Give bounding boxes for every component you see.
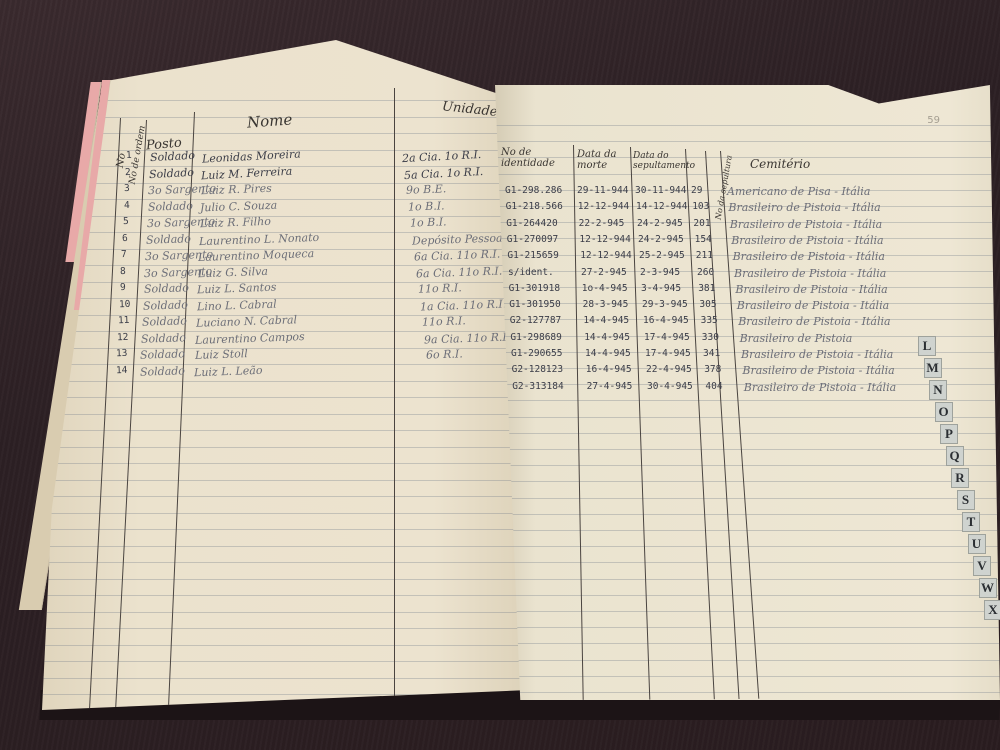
row-sepultura: 381 xyxy=(698,283,715,294)
row-posto: Soldado xyxy=(140,347,185,362)
row-unidade: 6o R.I. xyxy=(426,347,463,361)
row-unidade: 6a Cia. 11o R.I. xyxy=(416,264,503,280)
header-identidade: No de identidade xyxy=(501,147,571,169)
row-number: 1 xyxy=(126,150,132,161)
row-identidade: G2-128123 xyxy=(512,364,563,375)
ruled-line xyxy=(495,643,1000,644)
row-cemiterio: Brasileiro de Pistoia - Itália xyxy=(735,283,887,296)
row-posto: Soldado xyxy=(141,331,186,346)
ruled-line xyxy=(42,463,532,464)
row-unidade: 1o B.I. xyxy=(410,215,447,229)
row-number: 2 xyxy=(125,166,131,177)
row-unidade: 1a Cia. 11o R.I. xyxy=(420,297,507,313)
row-sepultura: 260 xyxy=(697,267,714,278)
row-cemiterio: Brasileiro de Pistoia - Itália xyxy=(738,315,890,328)
row-sepultura: 305 xyxy=(699,299,716,310)
row-nome: Luiz R. Filho xyxy=(199,215,270,230)
row-data-morte: 27-2-945 xyxy=(581,267,627,278)
row-posto: Soldado xyxy=(143,281,188,296)
row-nome: Luiz L. Leão xyxy=(194,363,263,378)
ruled-line xyxy=(42,579,532,580)
ruled-line xyxy=(495,125,1000,126)
row-number: 12 xyxy=(117,331,129,342)
row-number: 10 xyxy=(119,298,131,309)
header-data-sepultamento: Data do sepultamento xyxy=(633,151,685,171)
index-tab-q[interactable]: Q xyxy=(946,446,964,466)
row-identidade: G1-290655 xyxy=(511,348,562,359)
column-divider xyxy=(394,88,395,710)
row-sepultura: 378 xyxy=(704,364,721,375)
row-data-morte: 27-4-945 xyxy=(587,381,633,392)
ruled-line xyxy=(42,397,532,398)
row-number: 11 xyxy=(118,315,130,326)
column-divider xyxy=(115,120,147,709)
row-data-morte: 29-11-944 xyxy=(577,185,628,196)
row-unidade: 11o R.I. xyxy=(418,281,462,296)
row-cemiterio: Brasileiro de Pistoia - Itália xyxy=(734,267,886,280)
header-cemiterio: Cemitério xyxy=(750,157,810,171)
row-number: 7 xyxy=(121,249,127,260)
row-nome: Luiz R. Pires xyxy=(201,182,272,197)
ruled-line xyxy=(42,678,532,679)
row-identidade: G1-298.286 xyxy=(505,185,562,196)
ruled-line xyxy=(42,430,532,431)
row-data-morte: 12-12-944 xyxy=(580,250,631,261)
row-identidade: G1-270097 xyxy=(507,234,558,245)
row-data-morte: 1o-4-945 xyxy=(582,283,628,294)
index-tab-l[interactable]: L xyxy=(918,336,936,356)
row-identidade: G1-264420 xyxy=(506,218,557,229)
row-data-sepultamento: 30-4-945 xyxy=(647,381,693,392)
ruled-line xyxy=(495,660,1000,661)
row-number: 13 xyxy=(116,348,128,359)
row-number: 14 xyxy=(115,364,127,375)
index-tab-u[interactable]: U xyxy=(968,534,986,554)
row-number: 6 xyxy=(122,232,128,243)
row-data-morte: 28-3-945 xyxy=(583,299,629,310)
row-nome: Lino L. Cabral xyxy=(196,297,276,313)
ruled-line xyxy=(495,141,1000,142)
row-unidade: 11o R.I. xyxy=(422,314,466,329)
ruled-line xyxy=(495,417,1000,418)
row-identidade: G1-301918 xyxy=(509,283,560,294)
row-posto: Soldado xyxy=(139,364,184,379)
index-tab-w[interactable]: W xyxy=(979,578,997,598)
row-data-sepultamento: 25-2-945 xyxy=(639,250,685,261)
row-sepultura: 341 xyxy=(703,348,720,359)
ruled-line xyxy=(42,546,532,547)
row-sepultura: 29 xyxy=(691,185,702,196)
ruled-line xyxy=(495,498,1000,499)
row-nome: Luiz G. Silva xyxy=(198,264,268,279)
row-sepultura: 211 xyxy=(696,250,713,261)
row-nome: Luiz L. Santos xyxy=(197,281,277,297)
row-unidade: 9o B.E. xyxy=(406,182,447,196)
row-posto: Soldado xyxy=(149,165,195,180)
row-nome: Luiz Stoll xyxy=(195,347,248,362)
row-nome: Julio C. Souza xyxy=(200,198,278,214)
row-data-sepultamento: 17-4-945 xyxy=(644,332,690,343)
row-sepultura: 154 xyxy=(695,234,712,245)
row-data-morte: 12-12-944 xyxy=(578,201,629,212)
ruled-line xyxy=(42,595,532,596)
row-data-morte: 12-12-944 xyxy=(579,234,630,245)
ruled-line xyxy=(495,627,1000,628)
ruled-line xyxy=(495,465,1000,466)
row-identidade: G2-313184 xyxy=(512,381,563,392)
row-cemiterio: Americano de Pisa - Itália xyxy=(727,185,870,198)
row-cemiterio: Brasileiro de Pistoia - Itália xyxy=(731,234,883,247)
row-number: 8 xyxy=(120,265,126,276)
ledger-book: No No de ordem Posto Nome Unidade 1Solda… xyxy=(0,0,1000,750)
row-posto: Soldado xyxy=(146,232,191,247)
row-data-sepultamento: 30-11-944 xyxy=(635,185,686,196)
row-number: 3 xyxy=(124,183,130,194)
row-cemiterio: Brasileiro de Pistoia - Itália xyxy=(730,218,882,231)
row-data-morte: 14-4-945 xyxy=(585,348,631,359)
ruled-line xyxy=(42,183,532,184)
ruled-line xyxy=(42,513,532,514)
row-identidade: s/ident. xyxy=(508,267,554,278)
ruled-line xyxy=(42,529,532,530)
ruled-line xyxy=(495,514,1000,515)
ruled-line xyxy=(42,480,532,481)
ruled-line xyxy=(42,628,532,629)
row-cemiterio: Brasileiro de Pistoia xyxy=(740,332,853,345)
ruled-line xyxy=(495,676,1000,677)
index-tab-n[interactable]: N xyxy=(929,380,947,400)
ruled-line xyxy=(495,481,1000,482)
ruled-line xyxy=(495,692,1000,693)
row-data-sepultamento: 2-3-945 xyxy=(640,267,680,278)
index-tab-r[interactable]: R xyxy=(951,468,969,488)
index-tab-v[interactable]: V xyxy=(973,556,991,576)
row-identidade: G1-301950 xyxy=(509,299,560,310)
row-data-sepultamento: 22-4-945 xyxy=(646,364,692,375)
ruled-line xyxy=(42,612,532,613)
ruled-line xyxy=(495,400,1000,401)
left-page: No No de ordem Posto Nome Unidade 1Solda… xyxy=(42,40,532,710)
header-nome: Nome xyxy=(246,110,292,131)
index-tab-o[interactable]: O xyxy=(935,402,953,422)
ruled-line xyxy=(42,496,532,497)
row-data-sepultamento: 24-2-945 xyxy=(637,218,683,229)
column-divider xyxy=(630,147,650,700)
index-tab-x[interactable]: X xyxy=(984,600,1000,620)
ruled-line xyxy=(42,133,532,134)
row-unidade: 9a Cia. 11o R.I. xyxy=(424,330,511,346)
row-data-morte: 14-4-945 xyxy=(583,315,629,326)
row-posto: Soldado xyxy=(143,298,188,313)
right-page: 59 No de identidade Data da morte Data d… xyxy=(495,85,1000,700)
row-data-morte: 16-4-945 xyxy=(586,364,632,375)
row-sepultura: 335 xyxy=(701,315,718,326)
row-unidade: 6a Cia. 11o R.I. xyxy=(414,247,501,263)
ruled-line xyxy=(42,447,532,448)
row-sepultura: 103 xyxy=(692,201,709,212)
ruled-line xyxy=(42,562,532,563)
row-data-sepultamento: 14-12-944 xyxy=(636,201,687,212)
row-unidade: 2a Cia. 1o R.I. xyxy=(402,148,482,165)
ruled-line xyxy=(495,595,1000,596)
row-data-sepultamento: 16-4-945 xyxy=(643,315,689,326)
row-cemiterio: Brasileiro de Pistoia - Itália xyxy=(737,299,889,312)
row-posto: Soldado xyxy=(147,199,192,214)
row-unidade: Depósito Pessoal xyxy=(412,231,507,247)
ruled-line xyxy=(42,414,532,415)
row-data-morte: 14-4-945 xyxy=(584,332,630,343)
ruled-line xyxy=(42,661,532,662)
row-cemiterio: Brasileiro de Pistoia - Itália xyxy=(742,364,894,377)
row-identidade: G2-127787 xyxy=(510,315,561,326)
row-sepultura: 201 xyxy=(693,218,710,229)
ruled-line xyxy=(495,562,1000,563)
row-data-morte: 22-2-945 xyxy=(579,218,625,229)
row-unidade: 1o B.I. xyxy=(408,199,445,213)
row-posto: Soldado xyxy=(142,314,187,329)
row-nome: Laurentino Moqueca xyxy=(198,247,315,264)
header-data-morte: Data da morte xyxy=(577,149,627,171)
row-cemiterio: Brasileiro de Pistoia - Itália xyxy=(744,381,896,394)
index-tab-p[interactable]: P xyxy=(940,424,958,444)
row-cemiterio: Brasileiro de Pistoia - Itália xyxy=(728,201,880,214)
row-identidade: G1-218.566 xyxy=(506,201,563,212)
ruled-line xyxy=(42,645,532,646)
row-cemiterio: Brasileiro de Pistoia - Itália xyxy=(741,348,893,361)
index-tab-m[interactable]: M xyxy=(924,358,942,378)
ruled-line xyxy=(42,381,532,382)
row-number: 9 xyxy=(119,282,125,293)
index-tab-t[interactable]: T xyxy=(962,512,980,532)
index-tab-s[interactable]: S xyxy=(957,490,975,510)
row-unidade: 5a Cia. 1o R.I. xyxy=(404,164,484,181)
ruled-line xyxy=(495,611,1000,612)
ruled-line xyxy=(495,433,1000,434)
row-data-sepultamento: 29-3-945 xyxy=(642,299,688,310)
row-data-sepultamento: 24-2-945 xyxy=(638,234,684,245)
row-data-sepultamento: 17-4-945 xyxy=(645,348,691,359)
ruled-line xyxy=(495,579,1000,580)
row-identidade: G1-215659 xyxy=(507,250,558,261)
row-sepultura: 330 xyxy=(702,332,719,343)
row-cemiterio: Brasileiro de Pistoia - Itália xyxy=(733,250,885,263)
ruled-line xyxy=(495,449,1000,450)
row-sepultura: 404 xyxy=(705,381,722,392)
row-nome: Laurentino Campos xyxy=(195,330,305,347)
row-number: 5 xyxy=(123,216,129,227)
row-identidade: G1-298689 xyxy=(510,332,561,343)
row-nome: Luciano N. Cabral xyxy=(196,313,298,330)
ruled-line xyxy=(495,174,1000,175)
row-data-sepultamento: 3-4-945 xyxy=(641,283,681,294)
row-posto: Soldado xyxy=(150,149,196,164)
row-number: 4 xyxy=(123,199,129,210)
